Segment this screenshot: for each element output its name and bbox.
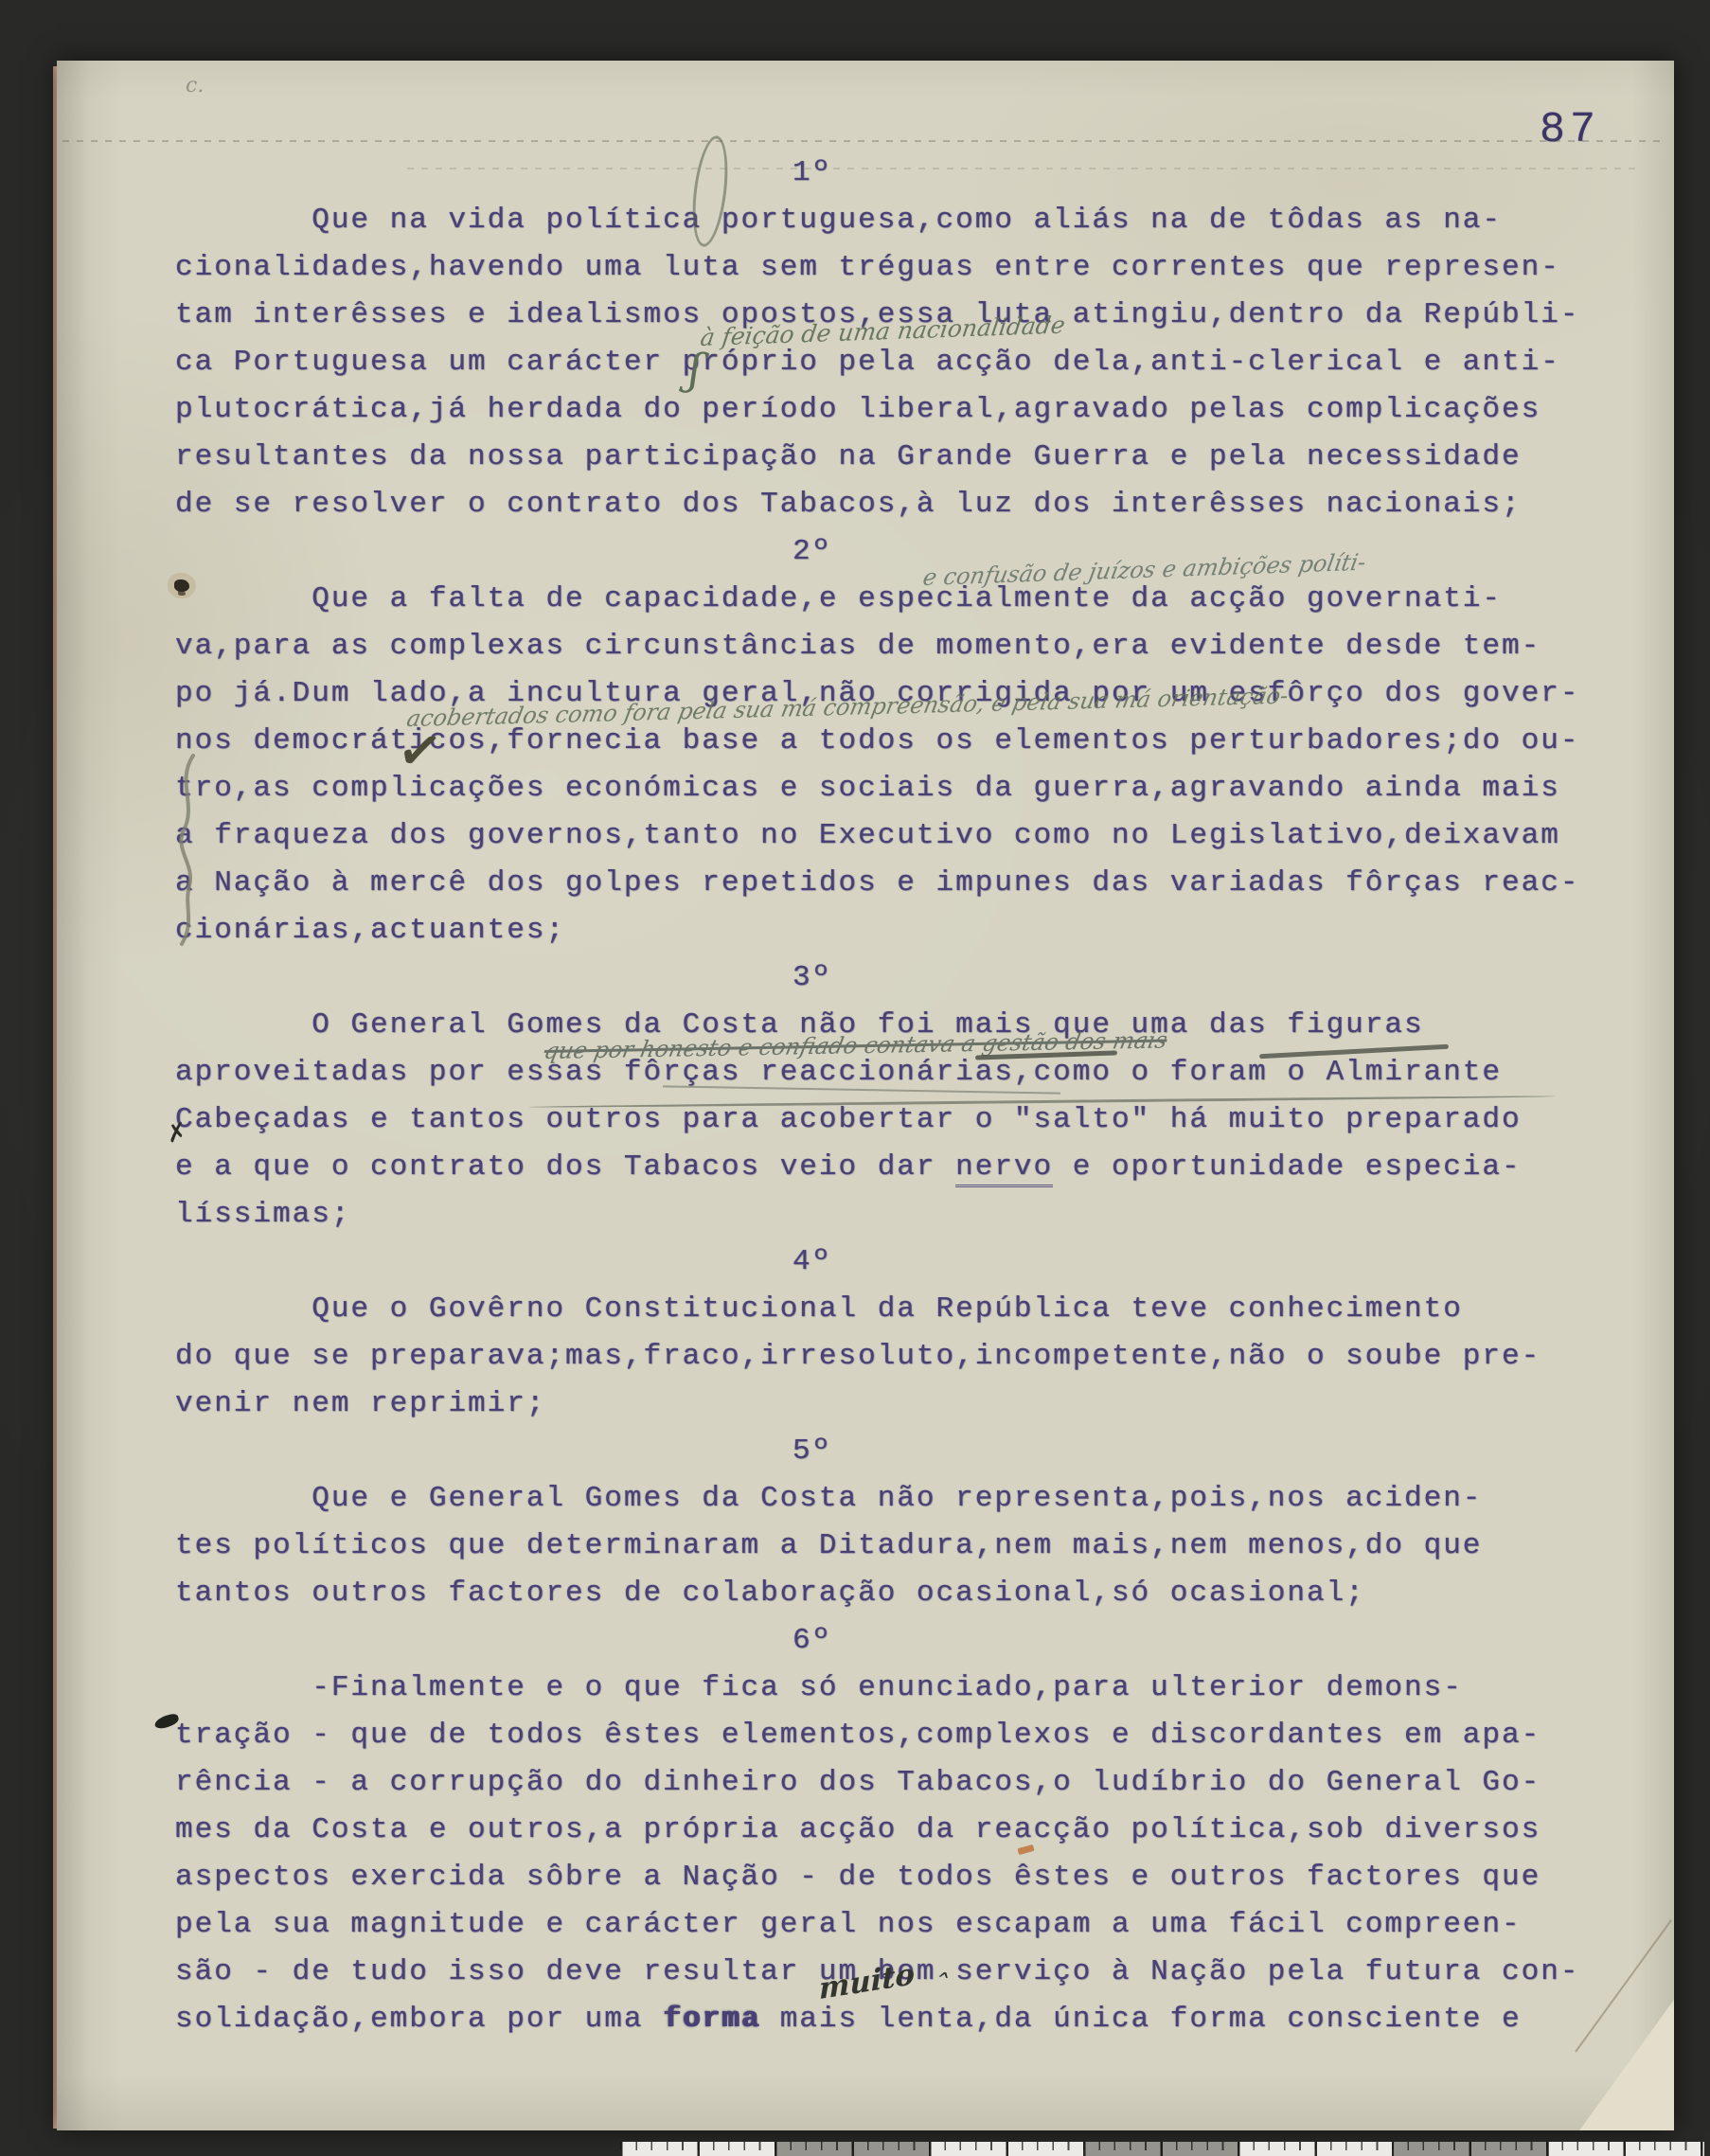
typed-line: mes da Costa e outros,a própria acção da… [175, 1807, 1614, 1854]
typed-line: nos democráticos,fornecia base a todos o… [175, 718, 1614, 765]
insertion-caret-check: ✓ [394, 717, 447, 785]
typed-line: de se resolver o contrato dos Tabacos,à … [175, 481, 1614, 528]
typed-line: cionalidades,havendo uma luta sem trégua… [175, 244, 1614, 292]
typed-line: ca Portuguesa um carácter próprio pela a… [175, 339, 1614, 386]
scanned-page-photo: 87 c. 1º Que na vida política portuguesa… [0, 0, 1710, 2156]
typed-line: plutocrática,já herdada do período liber… [175, 386, 1614, 434]
ruler-segment [775, 2142, 931, 2156]
section-heading: 6º [175, 1617, 1614, 1665]
typed-line: a Nação à mercê dos golpes repetidos e i… [175, 860, 1614, 907]
scale-ruler [620, 2142, 1704, 2156]
typed-line: solidação,embora por uma forma mais lent… [175, 1996, 1614, 2043]
typed-line: Que a falta de capacidade,e especialment… [175, 576, 1614, 623]
typed-line: tes políticos que determinaram a Ditadur… [175, 1523, 1614, 1570]
typed-line: tantos outros factores de colaboração oc… [175, 1570, 1614, 1617]
typed-line: a fraqueza dos governos,tanto no Executi… [175, 812, 1614, 860]
section-heading: 5º [175, 1428, 1614, 1475]
ruler-segment [930, 2142, 1085, 2156]
typed-line: rência - a corrupção do dinheiro dos Tab… [175, 1759, 1614, 1807]
typed-line: resultantes da nossa participação na Gra… [175, 434, 1614, 481]
ruler-segment [1395, 2142, 1550, 2156]
faint-pencil-mark: c. [186, 74, 204, 98]
typed-line: va,para as complexas circunstâncias de m… [175, 623, 1614, 670]
typed-line: líssimas; [175, 1191, 1614, 1238]
margin-wavy-line [167, 753, 205, 947]
typed-line: tro,as complicações económicas e sociais… [175, 765, 1614, 812]
typed-line: pela sua magnitude e carácter geral nos … [175, 1901, 1614, 1949]
page-number: 87 [1540, 106, 1600, 154]
section-heading: 4º [175, 1238, 1614, 1286]
ruler-segment [1085, 2142, 1240, 2156]
typed-line: Que o Govêrno Constitucional da Repúblic… [175, 1286, 1614, 1333]
typed-line: e a que o contrato dos Tabacos veio dar … [175, 1144, 1614, 1191]
section-heading: 1º [175, 150, 1614, 197]
typed-line: venir nem reprimir; [175, 1381, 1614, 1428]
section-heading: 2º [175, 528, 1614, 576]
ruler-segment [1549, 2142, 1704, 2156]
ruler-segment [620, 2142, 775, 2156]
typed-line: aspectos exercida sôbre a Nação - de tod… [175, 1854, 1614, 1901]
typed-line: tração - que de todos êstes elementos,co… [175, 1712, 1614, 1759]
typed-line: do que se preparava;mas,fraco,irresoluto… [175, 1333, 1614, 1381]
ruler-segment [1239, 2142, 1395, 2156]
typed-line: Que na vida política portuguesa,como ali… [175, 197, 1614, 244]
paper-crease [62, 140, 1666, 142]
typed-line: cionárias,actuantes; [175, 907, 1614, 954]
section-heading: 3º [175, 954, 1614, 1002]
typed-line: -Finalmente e o que fica só enunciado,pa… [175, 1665, 1614, 1712]
punch-hole-mark [174, 579, 189, 592]
typed-line: Que e General Gomes da Costa não represe… [175, 1475, 1614, 1523]
